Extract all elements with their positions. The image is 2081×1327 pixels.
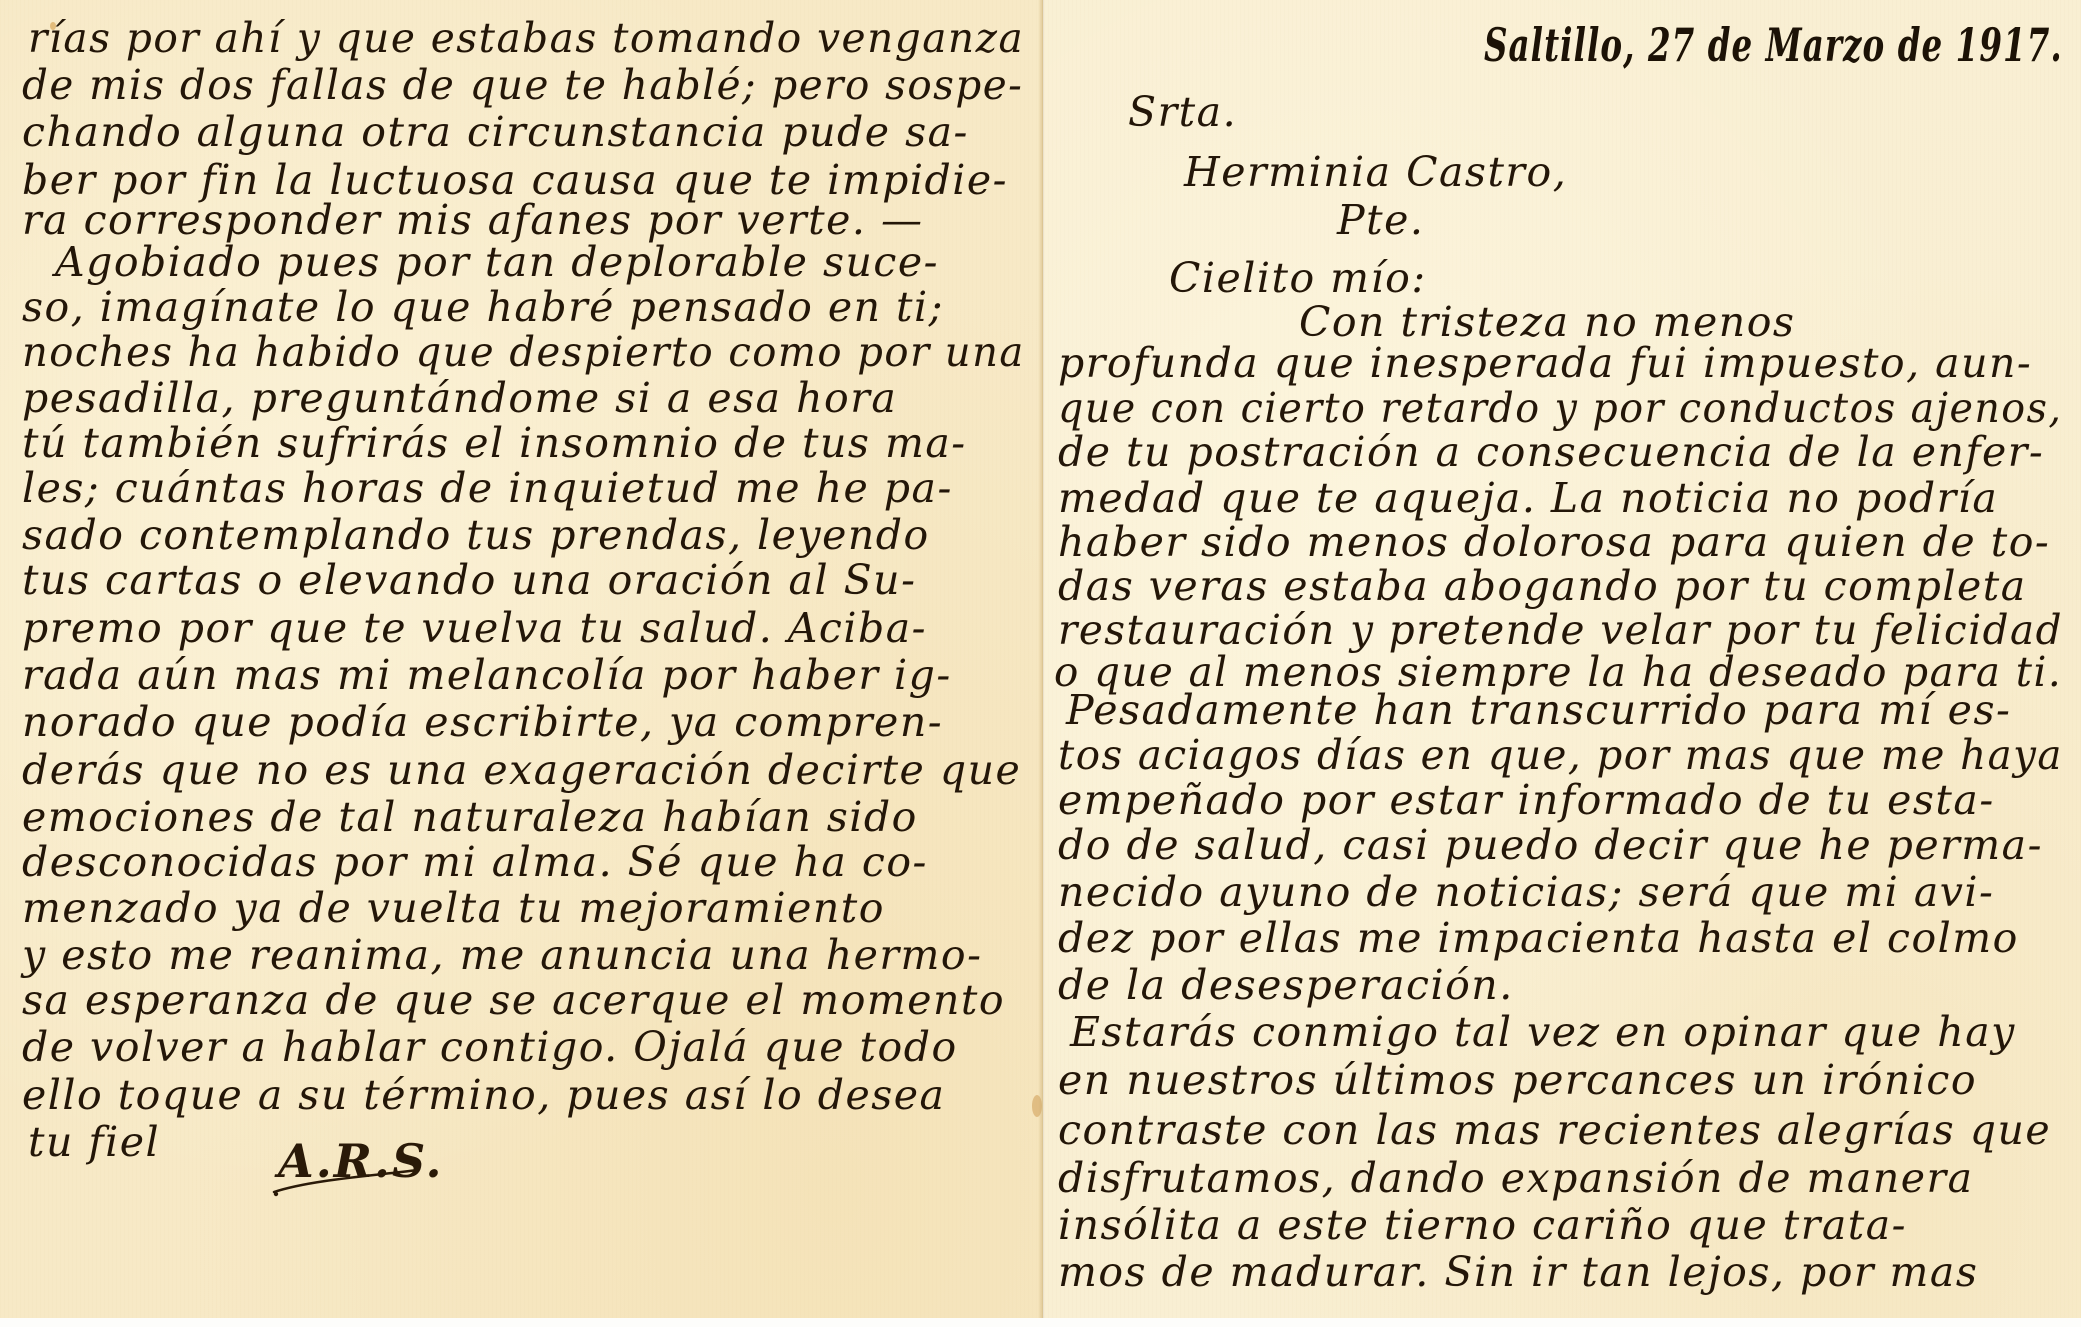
letter-line: menzado ya de vuelta tu mejoramiento [22,888,885,929]
letter-line: derás que no es una exageración decirte … [22,750,1021,791]
letter-line: chando alguna otra circunstancia pude sa… [22,112,969,153]
letter-line: premo por que te vuelva tu salud. Aciba- [22,608,927,649]
letter-closing: tu fiel [28,1122,160,1163]
letter-line: noches ha habido que despierto como por … [22,332,1025,373]
letter-line: Pesadamente han transcurrido para mí es- [1066,690,2011,731]
letter-line: de tu postración a consecuencia de la en… [1058,432,2044,473]
signature: A.R.S. [270,1130,420,1200]
letter-line: empeñado por estar informado de tu esta- [1058,780,1995,821]
letter-line: do de salud, casi puedo decir que he per… [1058,825,2043,866]
letter-line: pesadilla, preguntándome si a esa hora [22,378,897,419]
letter-line: norado que podía escribirte, ya compren- [22,702,943,743]
letter-line: contraste con las mas recientes alegrías… [1058,1110,2051,1151]
letter-line: Agobiado pues por tan deplorable suce- [55,242,939,283]
recipient-name: Herminia Castro, [1184,152,1567,193]
salutation-title: Srta. [1128,92,1237,133]
letter-line: mos de madurar. Sin ir tan lejos, por ma… [1058,1252,1978,1293]
letter-line: medad que te aqueja. La noticia no podrí… [1058,478,1998,519]
letter-line: Estarás conmigo tal vez en opinar que ha… [1070,1012,2016,1053]
letter-line: so, imagínate lo que habré pensado en ti… [22,287,944,328]
letter-line: profunda que inesperada fui impuesto, au… [1058,343,2032,384]
letter-line: tus cartas o elevando una oración al Su- [22,560,916,601]
letter-line: rías por ahí y que estabas tomando venga… [28,18,1024,59]
letter-page-right: Saltillo, 27 de Marzo de 1917. Srta. Her… [1044,0,2081,1318]
letter-line: desconocidas por mi alma. Sé que ha co- [22,842,928,883]
letter-dateline: Saltillo, 27 de Marzo de 1917. [1484,22,2063,68]
letter-line: ello toque a su término, pues así lo des… [22,1075,945,1116]
letter-line: tú también sufrirás el insomnio de tus m… [22,423,967,464]
letter-line: de volver a hablar contigo. Ojalá que to… [22,1027,958,1068]
letter-page-left: rías por ahí y que estabas tomando venga… [0,0,1043,1318]
letter-line: Con tristeza no menos [1299,302,1795,343]
signature-flourish-icon [270,1130,420,1200]
letter-line: insólita a este tierno cariño que trata- [1058,1205,1907,1246]
letter-line: necido ayuno de noticias; será que mi av… [1058,872,1994,913]
letter-line: sa esperanza de que se acerque el moment… [22,980,1005,1021]
letter-line: rada aún mas mi melancolía por haber ig- [22,655,952,696]
letter-line: tos aciagos días en que, por mas que me … [1058,735,2063,776]
recipient-suffix: Pte. [1337,200,1424,241]
letter-line: restauración y pretende velar por tu fel… [1058,610,2063,651]
letter-line: ber por fin la luctuosa causa que te imp… [22,160,1008,201]
letter-line: disfrutamos, dando expansión de manera [1058,1158,1974,1199]
letter-line: en nuestros últimos percances un irónico [1058,1060,1977,1101]
letter-line: les; cuántas horas de inquietud me he pa… [22,468,953,509]
letter-line: das veras estaba abogando por tu complet… [1058,566,2027,607]
letter-line: de mis dos fallas de que te hablé; pero … [22,65,1023,106]
letter-line: de la desesperación. [1058,965,1514,1006]
letter-line: dez por ellas me impacienta hasta el col… [1058,918,2019,959]
letter-line: emociones de tal naturaleza habían sido [22,797,918,838]
letter-greeting: Cielito mío: [1169,258,1427,299]
letter-line: ra corresponder mis afanes por verte. — [22,200,923,241]
letter-line: sado contemplando tus prendas, leyendo [22,515,930,556]
scan-margin [0,1318,2081,1327]
letter-line: y esto me reanima, me anuncia una hermo- [22,935,982,976]
letter-line: que con cierto retardo y por conductos a… [1058,388,2062,429]
letter-line: haber sido menos dolorosa para quien de … [1058,522,2050,563]
